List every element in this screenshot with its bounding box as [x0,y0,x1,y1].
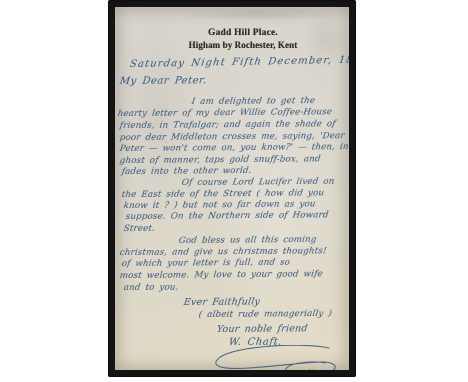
handwritten-line: friends, in Trafalgar; and again the sha… [119,119,336,131]
handwritten-line: Peter — won't come on, you know?' — then… [119,142,349,154]
letter-paper: Gadd Hill Place. Higham by Rochester, Ke… [115,7,349,370]
closing-line: Your noble friend [216,323,308,335]
handwritten-line: suppose. On the Northern side of Howard [125,210,329,222]
handwritten-line: Street. [123,224,156,234]
letterhead: Gadd Hill Place. Higham by Rochester, Ke… [115,28,349,50]
handwritten-line: ghost of manner, taps gold snuff-box, an… [119,154,321,166]
handwritten-line: hearty letter of my dear Willie Coffee-H… [117,107,333,119]
closing-line: ( albeit rude managerially ) [198,309,332,320]
handwritten-line: and to you. [123,283,179,293]
signature-flourish-icon [209,345,343,370]
handwritten-line: know it ? ) but not so far down as you [123,199,316,211]
handwritten-line: Of course Lord Lucifer lived on [181,177,335,188]
letterhead-line1: Gadd Hill Place. [137,28,349,38]
salutation: My Dear Peter. [119,75,207,87]
closing-line: Ever Faithfully [183,296,261,308]
handwritten-line: fades into the other world. [121,166,252,177]
letterhead-line2: Higham by Rochester, Kent [137,40,349,50]
letter-photo: Gadd Hill Place. Higham by Rochester, Ke… [108,0,356,377]
handwritten-line: poor dear Middleton crosses me, saying, … [119,131,345,143]
page-background: Gadd Hill Place. Higham by Rochester, Ke… [0,0,468,382]
handwritten-line: I am delighted to get the [191,96,316,107]
handwritten-line: christmas, and give us christmas thought… [119,246,327,258]
handwritten-line: of which your letter is full, and so [121,258,291,269]
date-line: Saturday Night Fifth December, 1863. [129,54,349,70]
handwritten-line: most welcome. My love to your good wife [119,269,323,281]
handwritten-line: God bless us all this coming [178,235,317,246]
handwritten-line: the East side of the Street ( how did yo… [121,188,325,200]
